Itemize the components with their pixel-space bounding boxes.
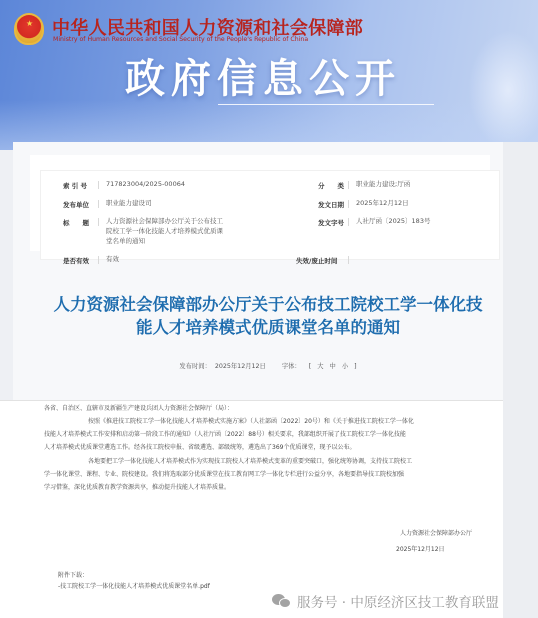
- index-no-label: 索 引 号: [63, 181, 87, 190]
- separator: [98, 218, 99, 226]
- doc-no-value: 人社厅函〔2025〕183号: [356, 216, 430, 226]
- issue-date-label: 发文日期: [318, 200, 344, 209]
- document-title: 人力资源社会保障部办公厅关于公布技工院校工学一体化技 能人才培养模式优质课堂名单…: [30, 293, 506, 339]
- validity-label: 是否有效: [63, 256, 89, 265]
- header-banner: ★ 中华人民共和国人力资源和社会保障部 Ministry of Human Re…: [0, 0, 538, 150]
- category-value: 职业能力建设;厅函: [356, 179, 410, 189]
- great-wall-decoration: [468, 30, 538, 150]
- issue-date-value: 2025年12月12日: [356, 198, 409, 208]
- signature-date: 2025年12月12日: [396, 544, 445, 553]
- wechat-icon: [272, 594, 292, 609]
- font-bracket-open: [: [309, 363, 311, 370]
- doc-no-label: 发文字号: [318, 218, 344, 227]
- font-size-medium-button[interactable]: 中: [330, 363, 336, 370]
- paragraph-1-line-3: 人才培养模式优质课堂遴选工作。经各技工院校申报、省级遴选、部级统筹，遴选出了36…: [44, 443, 355, 453]
- ministry-name-en: Ministry of Human Resources and Social S…: [53, 36, 308, 43]
- font-size-large-button[interactable]: 大: [317, 363, 323, 370]
- title-label: 标 题: [63, 218, 89, 227]
- separator: [348, 200, 349, 208]
- paragraph-2-line-1: 各地要把工学一体化技能人才培养模式作为实现技工院校人才培养模式变革的重要突破口，…: [88, 457, 412, 467]
- font-size-control: [ 大 中 小 ]: [307, 363, 359, 370]
- font-bracket-close: ]: [354, 363, 356, 370]
- publish-date: 2025年12月12日: [215, 363, 266, 370]
- title-divider: [218, 104, 434, 105]
- watermark-text: 服务号 · 中原经济区技工教育联盟: [297, 591, 499, 611]
- separator: [348, 218, 349, 226]
- publish-label: 发布时间：: [179, 363, 210, 370]
- title-value-line-1: 人力资源社会保障部办公厅关于公布技工: [106, 216, 223, 226]
- wechat-watermark: 服务号 · 中原经济区技工教育联盟: [272, 591, 499, 611]
- attachment-download-link[interactable]: -技工院校工学一体化技能人才培养模式优质课堂名单.pdf: [58, 581, 210, 590]
- separator: [348, 181, 349, 189]
- separator: [98, 200, 99, 208]
- document-title-line-1: 人力资源社会保障部办公厅关于公布技工院校工学一体化技: [30, 293, 506, 316]
- banner-title: 政府信息公开: [125, 47, 401, 104]
- index-no-value: 717823004/2025-00064: [106, 179, 185, 189]
- paragraph-2-line-2: 学一体化课堂、课程、专业、院校建设。我们将选取部分优质课堂在技工教育网工学一体化…: [44, 470, 404, 480]
- expiry-label: 失效/废止时间: [296, 256, 337, 265]
- validity-value: 有效: [106, 254, 119, 264]
- title-value-line-2: 院校工学一体化技能人才培养模式优质课: [106, 226, 223, 236]
- separator: [98, 181, 99, 189]
- national-emblem-icon: ★: [14, 13, 44, 45]
- paragraph-2-line-3: 学习借鉴，深化优质教育教学资源共享，推动提升技能人才培养质量。: [44, 483, 230, 493]
- title-value-line-3: 堂名单的通知: [106, 236, 145, 246]
- separator: [348, 256, 349, 264]
- page-right-margin: [503, 142, 538, 618]
- paragraph-1-line-1: 按照《推进技工院校工学一体化技能人才培养模式实施方案》（人社部函〔2022〕20…: [88, 417, 414, 427]
- signature-org: 人力资源社会保障部办公厅: [400, 528, 472, 537]
- document-title-line-2: 能人才培养模式优质课堂名单的通知: [30, 316, 506, 339]
- category-label: 分 类: [318, 181, 344, 190]
- font-size-small-button[interactable]: 小: [342, 363, 348, 370]
- document-metadata-table: 索 引 号 717823004/2025-00064 分 类 职业能力建设;厅函…: [40, 170, 500, 260]
- publish-info: 发布时间：2025年12月12日 字体： [ 大 中 小 ]: [0, 361, 538, 370]
- attachment-label: 附件下载：: [58, 570, 88, 579]
- separator: [98, 256, 99, 264]
- issuer-label: 发布单位: [63, 200, 89, 209]
- paragraph-1-line-2: 技能人才培养模式工作安排和启动第一阶段工作的通知》（人社厅函〔2022〕88号）…: [44, 430, 406, 440]
- issuer-value: 职业能力建设司: [106, 198, 152, 208]
- salutation: 各省、自治区、直辖市及新疆生产建设兵团人力资源社会保障厅（局）：: [44, 404, 233, 414]
- font-size-label: 字体：: [282, 363, 301, 370]
